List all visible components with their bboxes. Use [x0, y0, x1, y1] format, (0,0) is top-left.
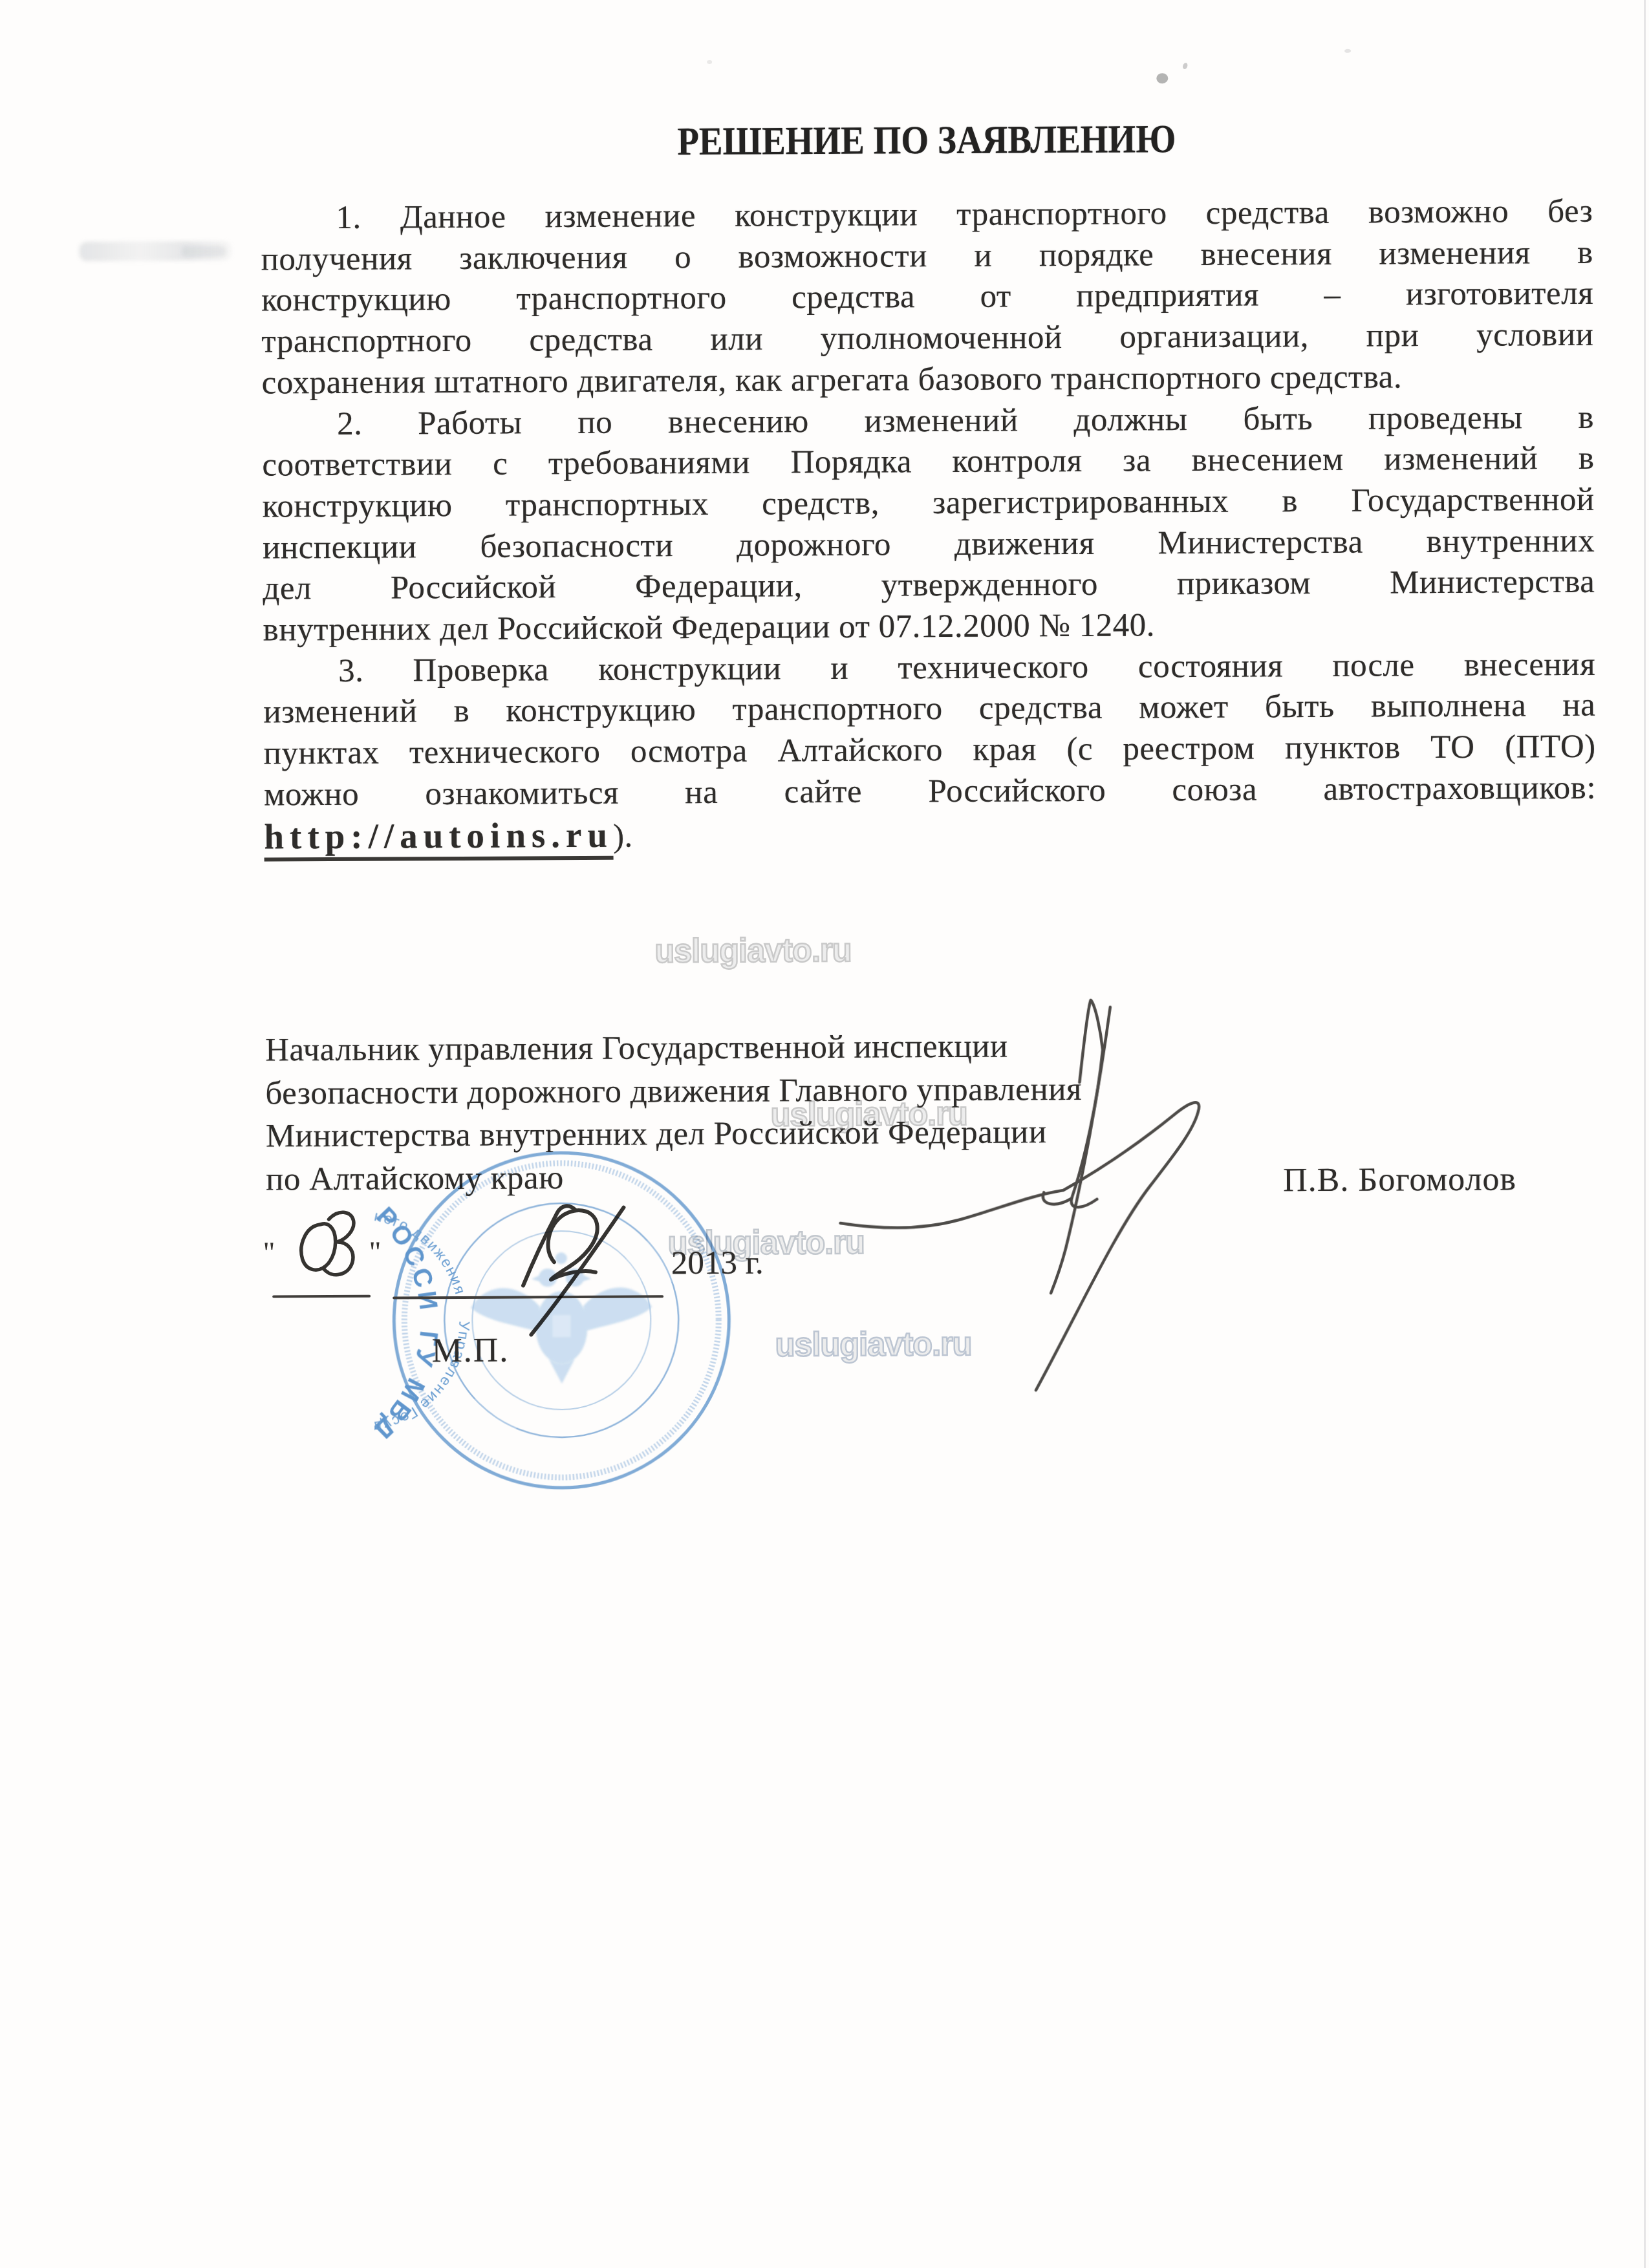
paragraph-line: транспортного средства или уполномоченно… [261, 315, 1593, 363]
stamp-placeholder-label: М.П. [431, 1331, 509, 1371]
paragraph-line: сохранения штатного двигателя, как агрег… [262, 356, 1594, 404]
close-quote: " [369, 1235, 382, 1269]
paragraph-line: инспекции безопасности дорожного движени… [263, 520, 1595, 568]
paragraph-line: пунктах технического осмотра Алтайского … [264, 727, 1596, 775]
handwritten-month [506, 1190, 674, 1346]
paragraph-line: конструкцию транспортных средств, зареги… [263, 480, 1595, 528]
paragraph-line: внутренних дел Российской Федерации от 0… [263, 603, 1595, 651]
document-title: РЕШЕНИЕ ПО ЗАЯВЛЕНИЮ [261, 114, 1593, 166]
paragraph-line: 2. Работы по внесению изменений должны б… [262, 397, 1594, 445]
paragraph-line: конструкцию транспортного средства от пр… [261, 273, 1593, 321]
scan-speck [1344, 49, 1351, 53]
scan-speck [707, 60, 712, 64]
scanned-document-page: РЕШЕНИЕ ПО ЗАЯВЛЕНИЮ 1. Данное изменение… [0, 0, 1649, 2268]
paragraph-line: дел Российской Федерации, утвержденного … [263, 562, 1595, 610]
paragraph-line: 3. Проверка конструкции и технического с… [263, 644, 1595, 692]
year-label: 2013 г. [671, 1245, 764, 1283]
handwritten-day [273, 1199, 371, 1283]
url-text: http://autoins.ru [264, 815, 613, 861]
scan-speck [1156, 73, 1168, 83]
paragraph-line: получения заключения о возможности и пор… [261, 232, 1593, 280]
paragraph-line: соответствии с требованиями Порядка конт… [262, 438, 1594, 486]
paragraph-line-with-link: http://autoins.ru). [264, 809, 1596, 859]
paragraph-line: изменений в конструкцию транспортного ср… [263, 685, 1595, 733]
day-underline [272, 1295, 371, 1298]
paragraph-line: можно ознакомиться на сайте Российского … [264, 768, 1596, 816]
scan-smudge [181, 246, 226, 257]
scan-speck [1182, 62, 1189, 70]
scan-content: РЕШЕНИЕ ПО ЗАЯВЛЕНИЮ 1. Данное изменение… [0, 0, 1649, 2268]
pen-signature [815, 981, 1232, 1422]
watermark-text: uslugiavto.ru [654, 931, 851, 971]
scan-edge-line [1644, 0, 1646, 2268]
url-suffix: ). [613, 818, 633, 854]
signer-name: П.В. Богомолов [1283, 1160, 1516, 1199]
paragraph-line: 1. Данное изменение конструкции транспор… [261, 191, 1593, 239]
document-body: 1. Данное изменение конструкции транспор… [261, 191, 1596, 859]
